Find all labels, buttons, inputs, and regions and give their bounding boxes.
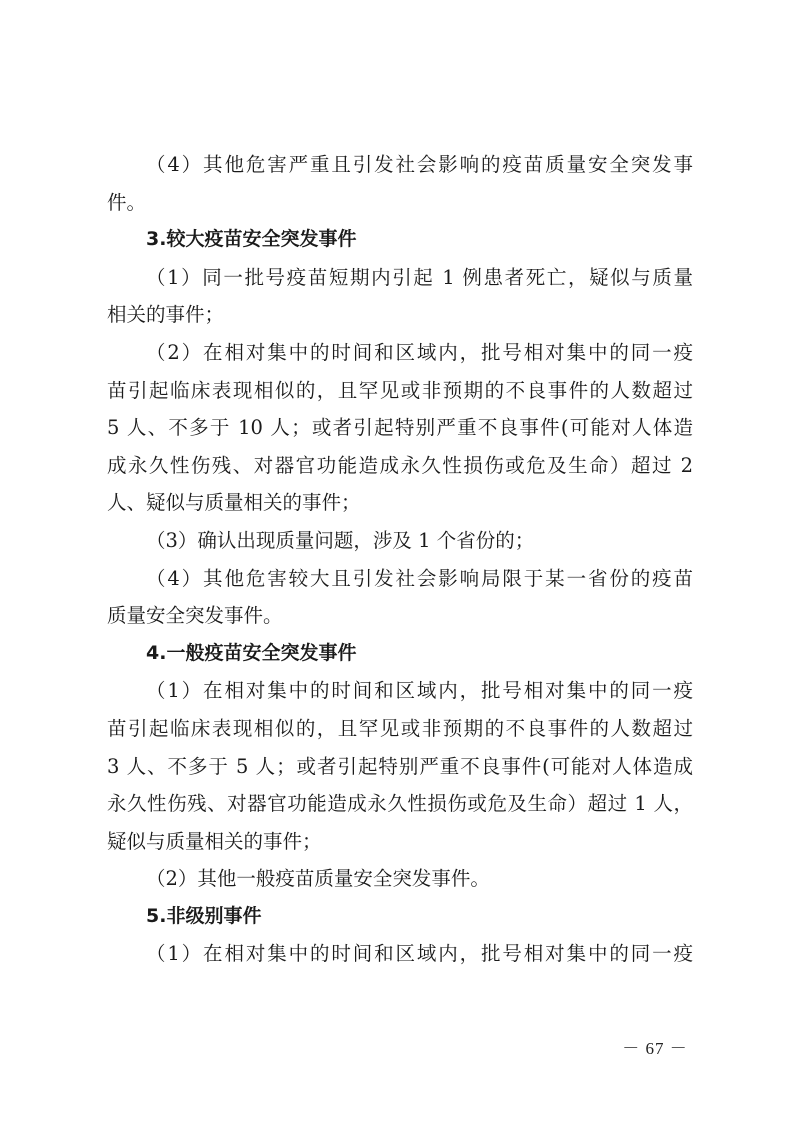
paragraph-line: 5 人、不多于 10 人；或者引起特别严重不良事件(可能对人体造 (107, 409, 693, 447)
section-heading-4: 4.一般疫苗安全突发事件 (107, 635, 693, 673)
paragraph-line: 成永久性伤残、对器官功能造成永久性损伤或危及生命）超过 2 (107, 447, 693, 485)
paragraph-line: 永久性伤残、对器官功能造成永久性损伤或危及生命）超过 1 人， (107, 785, 693, 823)
paragraph-line: （4）其他危害较大且引发社会影响局限于某一省份的疫苗 (107, 560, 693, 598)
paragraph-line: （3）确认出现质量问题，涉及 1 个省份的； (107, 522, 693, 560)
paragraph-line: 件。 (107, 184, 693, 222)
document-body: （4）其他危害严重且引发社会影响的疫苗质量安全突发事 件。 3.较大疫苗安全突发… (107, 146, 693, 973)
paragraph-line: 相关的事件； (107, 296, 693, 334)
section-heading-5: 5.非级别事件 (107, 898, 693, 936)
paragraph-line: 质量安全突发事件。 (107, 597, 693, 635)
paragraph-line: 人、疑似与质量相关的事件； (107, 484, 693, 522)
paragraph-line: （1）同一批号疫苗短期内引起 1 例患者死亡，疑似与质量 (107, 259, 693, 297)
section-heading-3: 3.较大疫苗安全突发事件 (107, 221, 693, 259)
paragraph-line: （4）其他危害严重且引发社会影响的疫苗质量安全突发事 (107, 146, 693, 184)
paragraph-line: 苗引起临床表现相似的，且罕见或非预期的不良事件的人数超过 (107, 372, 693, 410)
paragraph-line: （2）其他一般疫苗质量安全突发事件。 (107, 860, 693, 898)
paragraph-line: （1）在相对集中的时间和区域内，批号相对集中的同一疫 (107, 935, 693, 973)
page-number: － 67 － (600, 1034, 710, 1059)
paragraph-line: （2）在相对集中的时间和区域内，批号相对集中的同一疫 (107, 334, 693, 372)
document-page: （4）其他危害严重且引发社会影响的疫苗质量安全突发事 件。 3.较大疫苗安全突发… (0, 0, 793, 1122)
paragraph-line: 苗引起临床表现相似的，且罕见或非预期的不良事件的人数超过 (107, 710, 693, 748)
paragraph-line: （1）在相对集中的时间和区域内，批号相对集中的同一疫 (107, 672, 693, 710)
paragraph-line: 疑似与质量相关的事件； (107, 823, 693, 861)
paragraph-line: 3 人、不多于 5 人；或者引起特别严重不良事件(可能对人体造成 (107, 748, 693, 786)
